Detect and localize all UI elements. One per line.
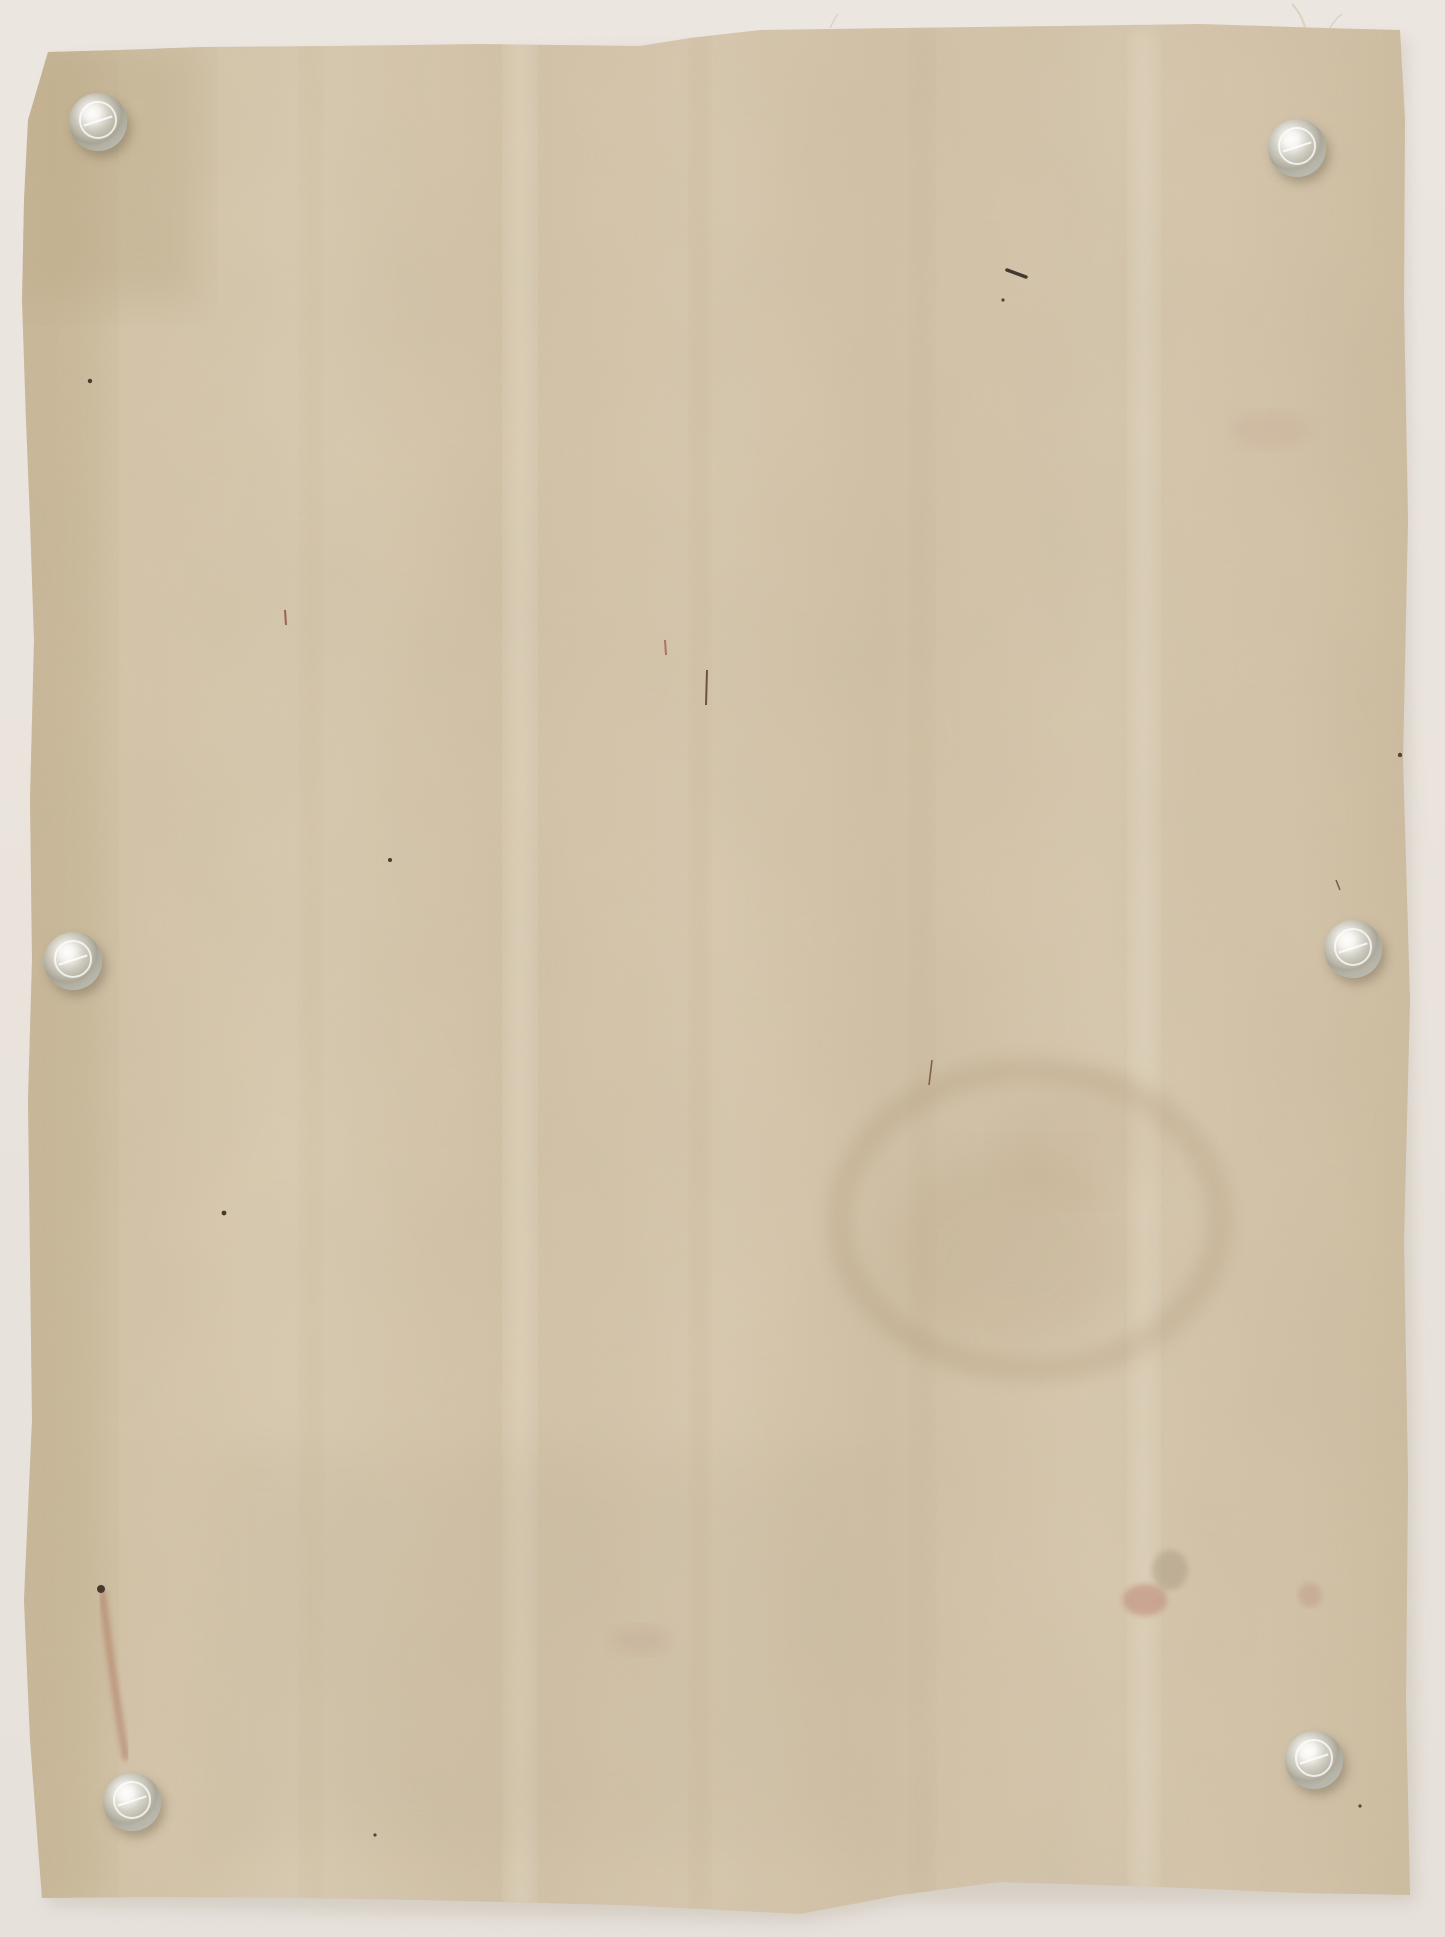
push-pin-top-left (69, 93, 127, 151)
push-pin-middle-right (1324, 920, 1382, 978)
push-pin-bottom-right (1285, 1731, 1343, 1789)
push-pin-bottom-left (103, 1773, 161, 1831)
push-pin-top-right (1268, 119, 1326, 177)
push-pin-middle-left (44, 932, 102, 990)
fabric-illustration (0, 0, 1445, 1937)
linen-sheet (0, 0, 1445, 1937)
